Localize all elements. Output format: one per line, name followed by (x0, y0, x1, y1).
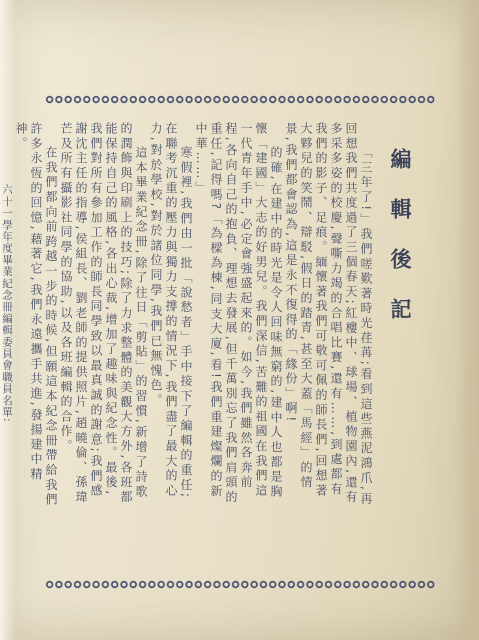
page-title: 編輯後記 (385, 122, 415, 510)
paragraph-2: 的確,在建中的時光是令人回味無窮的,建中人也都是胸懷「建國」大志的好男兒。我們深… (193, 122, 283, 510)
credits-header: 六十一學年度畢業紀念冊編輯委員會職員名單: (0, 122, 13, 542)
decorative-chain-border-bottom (45, 579, 436, 590)
paragraph-1: 「三年了!」我們嗟歎著時光荏苒;看到這些燕泥鴻爪,再回想我們共度過了三個春天;紅… (283, 122, 373, 510)
yearbook-page: 編輯後記 「三年了!」我們嗟歎著時光荏苒;看到這些燕泥鴻爪,再回想我們共度過了三… (0, 0, 479, 640)
credits-roster: 六十一學年度畢業紀念冊編輯委員會職員名單: 召 集 人:文炬(高三22) 主 編… (0, 122, 13, 542)
editor-postscript-article: 編輯後記 「三年了!」我們嗟歎著時光荏苒;看到這些燕泥鴻爪,再回想我們共度過了三… (0, 122, 429, 510)
paragraph-3: 寒假裡,我們由一批「說愁者」手中接下了編輯的重任;在聯考沉重的壓力與獨力支撐的情… (148, 122, 193, 510)
paragraph-5: 在我們都向前跨越一步的時候,但願這本紀念冊帶給我們許多永恆的回憶,藉著它,我們永… (13, 122, 58, 510)
decorative-chain-border-top (45, 94, 436, 105)
paragraph-4: 這本畢業紀念冊,除了往日「剪貼」的習慣,新增了詩歌的潤飾與印刷上的技巧;除了力求… (58, 122, 148, 510)
